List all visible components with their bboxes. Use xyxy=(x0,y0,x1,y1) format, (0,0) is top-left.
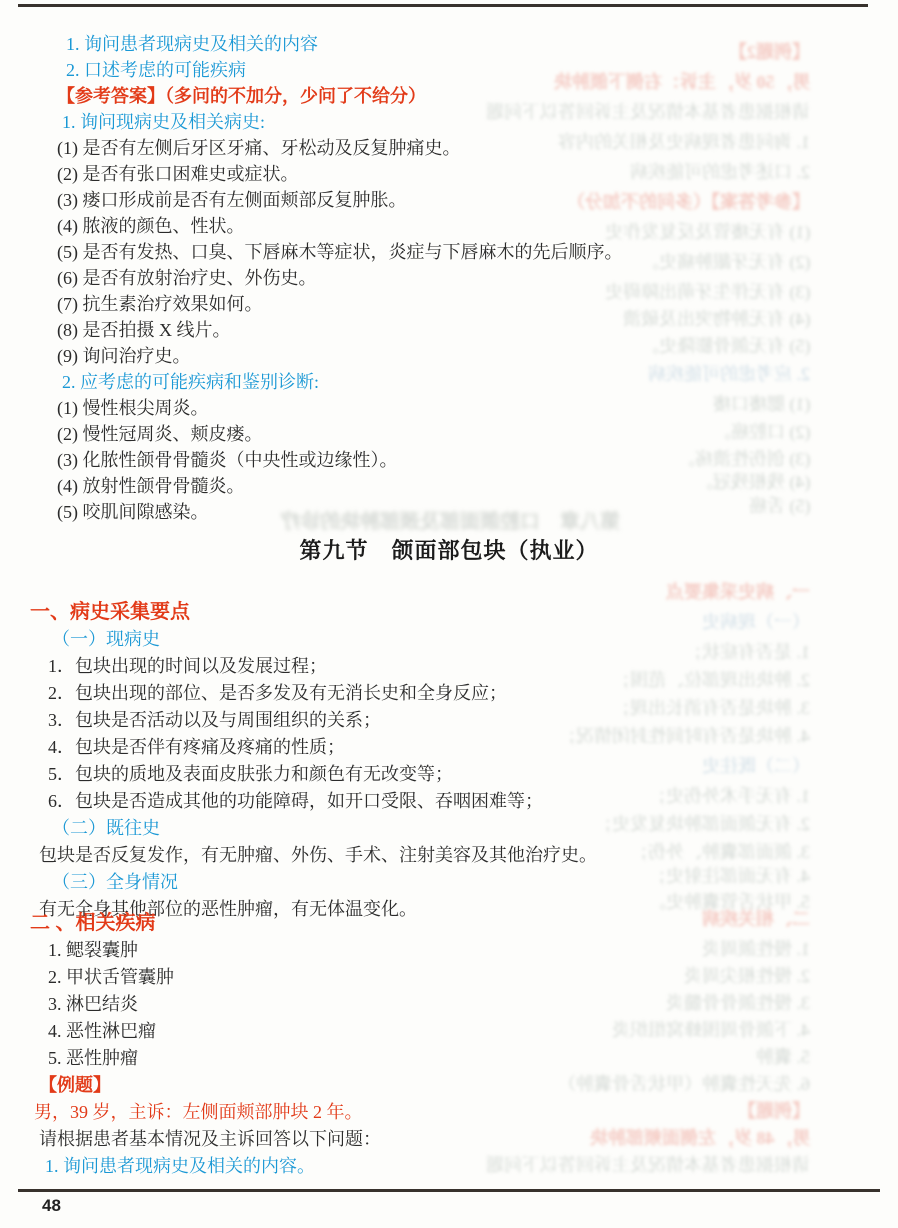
disease-section-title: 二 、相关疾病 xyxy=(30,910,381,937)
scanned-textbook-page: 第八章 口腔颌面部及颈部肿块的诊疗 【例题2】男，50 岁，主诉：右侧下颌肿块请… xyxy=(0,0,898,1228)
bleedthrough-line: 【例题2】 xyxy=(729,38,810,64)
scan-edge-top-line xyxy=(18,4,868,7)
bleedthrough-line: 2. 肿块出现部位、范围； xyxy=(612,666,810,692)
example-question-1: 1. 询问患者现病史及相关的内容。 xyxy=(45,1153,381,1180)
diagnosis-list-item: (5) 咬肌间隙感染。 xyxy=(57,499,623,525)
bleedthrough-line: (5) 舌癌 xyxy=(749,492,811,518)
present-illness-list: 1．包块出现的时间以及发展过程；2．包块出现的部位、是否多发及有无消长史和全身反… xyxy=(30,653,597,815)
bleedthrough-line: 1. 慢性颌周炎 xyxy=(702,935,810,961)
bleedthrough-line: (1) 有无瘘管及反复发作史 xyxy=(605,218,811,244)
answer-list-item: (2) 是否有张口困难史或症状。 xyxy=(57,161,623,187)
diagnosis-list-item: (4) 放射性颌骨骨髓炎。 xyxy=(57,473,623,499)
bleedthrough-line: (3) 创伤性溃疡。 xyxy=(677,445,811,471)
answer-block: 1. 询问患者现病史及相关的内容 2. 口述考虑的可能疾病 【参考答案】（多问的… xyxy=(57,31,623,525)
bleedthrough-line: (5) 有无颌骨膨隆史。 xyxy=(641,332,811,358)
bleedthrough-line: 2. 口述考虑的可能疾病 xyxy=(630,158,810,184)
question-item-1: 1. 询问患者现病史及相关的内容 xyxy=(66,31,623,57)
bleedthrough-line: 一、病史采集要点 xyxy=(666,578,810,604)
answer-section-1-title: 1. 询问现病史及相关病史: xyxy=(62,109,623,135)
present-illness-subtitle: （一）现病史 xyxy=(52,626,597,653)
bleedthrough-line: 5. 甲状舌管囊肿史。 xyxy=(648,888,810,914)
bleedthrough-line: 【例题】 xyxy=(738,1097,810,1123)
disease-list: 1. 鳃裂囊肿2. 甲状舌管囊肿3. 淋巴结炎4. 恶性淋巴瘤5. 恶性肿瘤 xyxy=(30,937,381,1072)
bleedthrough-line: 4. 下颌骨周围蜂窝组织炎 xyxy=(612,1016,810,1042)
answer-list-item: (6) 是否有放射治疗史、外伤史。 xyxy=(57,265,623,291)
disease-list-item: 3. 淋巴结炎 xyxy=(48,991,381,1018)
bleedthrough-line: 请根据患者基本情况及主诉回答以下问题 xyxy=(486,1151,810,1177)
example-prompt: 请根据患者基本情况及主诉回答以下问题： xyxy=(39,1126,381,1153)
bleedthrough-line: (2) 口腔癌。 xyxy=(713,418,811,444)
present-illness-item: 5．包块的质地及表面皮肤张力和颜色有无改变等； xyxy=(48,761,597,788)
bleedthrough-line: 4. 有无面部注射史； xyxy=(648,862,810,888)
disease-list-item: 4. 恶性淋巴瘤 xyxy=(48,1018,381,1045)
bleedthrough-line: 6. 先天性囊肿（甲状舌骨囊肿） xyxy=(558,1070,810,1096)
answer-list-item: (9) 询问治疗史。 xyxy=(57,343,623,369)
disease-section: 二 、相关疾病 1. 鳃裂囊肿2. 甲状舌管囊肿3. 淋巴结炎4. 恶性淋巴瘤5… xyxy=(30,910,381,1180)
disease-list-item: 1. 鳃裂囊肿 xyxy=(48,937,381,964)
present-illness-item: 1．包块出现的时间以及发展过程； xyxy=(48,653,597,680)
answer-list-item: (8) 是否拍摄 X 线片。 xyxy=(57,317,623,343)
answer-list-item: (5) 是否有发热、口臭、下唇麻木等症状，炎症与下唇麻木的先后顺序。 xyxy=(57,239,623,265)
disease-list-item: 5. 恶性肿瘤 xyxy=(48,1045,381,1072)
present-illness-item: 4．包块是否伴有疼痛及疼痛的性质； xyxy=(48,734,597,761)
example-label: 【例题】 xyxy=(39,1072,381,1099)
bleedthrough-line: 5. 囊肿 xyxy=(756,1043,810,1069)
question-item-2: 2. 口述考虑的可能疾病 xyxy=(66,57,623,83)
diagnosis-list-item: (3) 化脓性颌骨骨髓炎（中央性或边缘性）。 xyxy=(57,447,623,473)
bleedthrough-line: 1. 是否有症状； xyxy=(684,638,810,664)
reference-answer-label: 【参考答案】（多问的不加分，少问了不给分） xyxy=(57,83,623,109)
bleedthrough-line: 3. 慢性颌骨骨髓炎 xyxy=(666,989,810,1015)
answer-list-item: (3) 瘘口形成前是否有左侧面颊部反复肿胀。 xyxy=(57,187,623,213)
history-section: 一、病史采集要点 （一）现病史 1．包块出现的时间以及发展过程；2．包块出现的部… xyxy=(30,599,597,923)
answer-section-2-list: (1) 慢性根尖周炎。(2) 慢性冠周炎、颊皮瘘。(3) 化脓性颌骨骨髓炎（中央… xyxy=(57,395,623,525)
page-title: 第九节 颌面部包块（执业） xyxy=(0,534,898,565)
bleedthrough-line: (3) 有无伴生牙萌出障碍史 xyxy=(605,278,811,304)
bleedthrough-line: 二、相关疾病 xyxy=(702,905,810,931)
diagnosis-list-item: (1) 慢性根尖周炎。 xyxy=(57,395,623,421)
bleedthrough-line: 2. 有无颌面部肿块复发史； xyxy=(594,810,810,836)
bleedthrough-line: 2. 慢性根尖周炎 xyxy=(684,962,810,988)
disease-list-item: 2. 甲状舌管囊肿 xyxy=(48,964,381,991)
bleedthrough-line: 男，48 岁，左侧面颊部肿块 xyxy=(590,1124,811,1150)
general-condition-subtitle: （三）全身情况 xyxy=(52,869,597,896)
answer-section-1-list: (1) 是否有左侧后牙区牙痛、牙松动及反复肿痛史。(2) 是否有张口困难史或症状… xyxy=(57,135,623,369)
footer-rule xyxy=(18,1189,880,1192)
bleedthrough-line: 3. 肿块是否有消长出现； xyxy=(612,694,810,720)
bleedthrough-line: (4) 残根残冠。 xyxy=(695,468,811,494)
past-history-subtitle: （二）既往史 xyxy=(52,815,597,842)
bleedthrough-line: 3. 颌面部囊肿、外伤； xyxy=(630,838,810,864)
page-number: 48 xyxy=(42,1196,61,1216)
example-case-text: 男，39 岁，主诉：左侧面颊部肿块 2 年。 xyxy=(34,1099,381,1126)
present-illness-item: 2．包块出现的部位、是否多发及有无消长史和全身反应； xyxy=(48,680,597,707)
past-history-body: 包块是否反复发作，有无肿瘤、外伤、手术、注射美容及其他治疗史。 xyxy=(39,842,597,869)
bleedthrough-line: 2. 应考虑的可能疾病 xyxy=(648,360,810,386)
answer-section-2-title: 2. 应考虑的可能疾病和鉴别诊断: xyxy=(62,369,623,395)
bleedthrough-line: (2) 有无牙龈肿痛史。 xyxy=(641,248,811,274)
answer-list-item: (4) 脓液的颜色、性状。 xyxy=(57,213,623,239)
bleedthrough-line: (1) 腮瘘口瘘 xyxy=(713,390,811,416)
present-illness-item: 3．包块是否活动以及与周围组织的关系； xyxy=(48,707,597,734)
present-illness-item: 6．包块是否造成其他的功能障碍，如开口受限、吞咽困难等； xyxy=(48,788,597,815)
bleedthrough-line: （二）既往史 xyxy=(702,752,810,778)
answer-list-item: (7) 抗生素治疗效果如何。 xyxy=(57,291,623,317)
diagnosis-list-item: (2) 慢性冠周炎、颊皮瘘。 xyxy=(57,421,623,447)
bleedthrough-line: （一）现病史 xyxy=(702,608,810,634)
bleedthrough-line: (4) 有无肿物突出及破溃 xyxy=(623,305,811,331)
bleedthrough-line: 1. 有无手术外伤史； xyxy=(648,782,810,808)
history-section-title: 一、病史采集要点 xyxy=(30,599,597,626)
answer-list-item: (1) 是否有左侧后牙区牙痛、牙松动及反复肿痛史。 xyxy=(57,135,623,161)
